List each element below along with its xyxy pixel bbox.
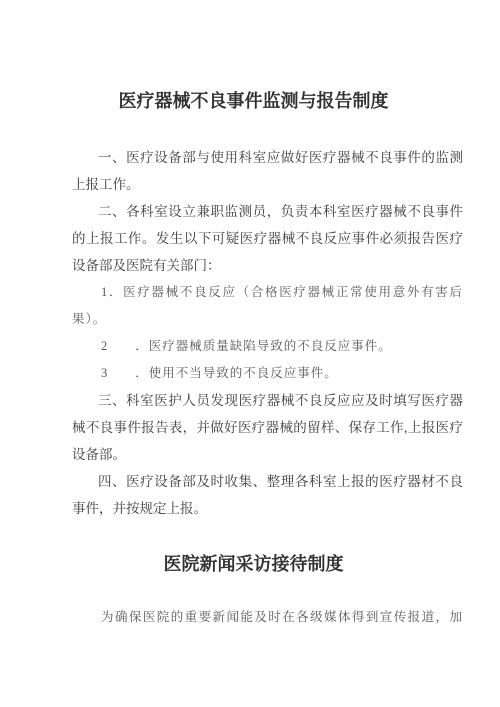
paragraph-clause-3: 三、科室医护人员发现医疗器械不良反应应及时填写医疗器 械不良事件报告表，并做好医…	[72, 387, 463, 468]
paragraph-clause-1: 一、医疗设备部与使用科室应做好医疗器械不良事件的监测 上报工作。	[72, 144, 463, 198]
text-line: 3 ．使用不当导致的不良反应事件。	[72, 360, 463, 387]
text-line: 三、科室医护人员发现医疗器械不良反应应及时填写医疗器	[72, 387, 463, 414]
text-line: 2 ．医疗器械质量缺陷导致的不良反应事件。	[72, 333, 463, 360]
text-line: 果）。	[72, 306, 463, 333]
text-line: 为确保医院的重要新闻能及时在各级媒体得到宣传报道，加	[72, 604, 463, 631]
text-line: 1．医疗器械不良反应（合格医疗器械正常使用意外有害后	[72, 279, 463, 306]
paragraph-clause-4: 四、医疗设备部及时收集、整理各科室上报的医疗器材不良 事件，并按规定上报。	[72, 468, 463, 522]
text-line: 事件，并按规定上报。	[72, 495, 463, 522]
text-line: 四、医疗设备部及时收集、整理各科室上报的医疗器材不良	[72, 468, 463, 495]
section-title-device-adverse-events: 医疗器械不良事件监测与报告制度	[58, 88, 449, 115]
document-page: 医疗器械不良事件监测与报告制度 一、医疗设备部与使用科室应做好医疗器械不良事件的…	[0, 0, 500, 707]
text-line: 设备部。	[72, 441, 463, 468]
text-line: 一、医疗设备部与使用科室应做好医疗器械不良事件的监测	[72, 144, 463, 171]
paragraph-item-2: 2 ．医疗器械质量缺陷导致的不良反应事件。	[72, 333, 463, 360]
text-line: 上报工作。	[72, 171, 463, 198]
paragraph-item-3: 3 ．使用不当导致的不良反应事件。	[72, 360, 463, 387]
text-line: 械不良事件报告表，并做好医疗器械的留样、保存工作,上报医疗	[72, 414, 463, 441]
paragraph-item-1: 1．医疗器械不良反应（合格医疗器械正常使用意外有害后 果）。	[72, 279, 463, 333]
document-body: 医疗器械不良事件监测与报告制度 一、医疗设备部与使用科室应做好医疗器械不良事件的…	[0, 0, 500, 707]
text-line: 设备部及医院有关部门：	[72, 252, 463, 279]
section-title-news-interview: 医院新闻采访接待制度	[58, 551, 449, 578]
text-line: 二、各科室设立兼职监测员，负责本科室医疗器械不良事件	[72, 198, 463, 225]
paragraph-clause-2: 二、各科室设立兼职监测员，负责本科室医疗器械不良事件 的上报工作。发生以下可疑医…	[72, 198, 463, 279]
text-line: 的上报工作。发生以下可疑医疗器械不良反应事件必须报告医疗	[72, 225, 463, 252]
paragraph-news-intro: 为确保医院的重要新闻能及时在各级媒体得到宣传报道，加	[72, 604, 463, 631]
